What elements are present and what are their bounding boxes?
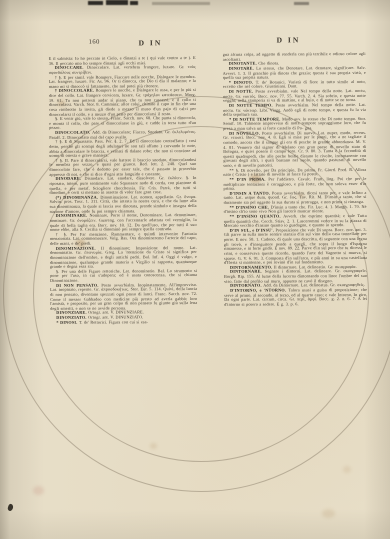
entry-headword: DINOCCOLATO. xyxy=(55,130,92,135)
printed-area: 160 D IN D IN E il salmista: Io ho pecca… xyxy=(0,0,390,539)
dictionary-entry: D'IN SUL, e D'INSU'. Preposizione che va… xyxy=(224,228,367,266)
entry-headword: DINOMINARE. xyxy=(56,213,90,218)
entry-headword: D'IN SUL, e D'INSU'. xyxy=(230,227,276,232)
entry-headword: * DI NOTTE TEMPORE. xyxy=(229,116,282,121)
page-number: 160 xyxy=(89,39,100,46)
entry-headword: DI NOTTE TEMPO. xyxy=(229,102,275,107)
dictionary-entry: D'INTORNO, e 'NTORNO. Talora usasi a gui… xyxy=(224,288,367,307)
dictionary-entry: (*) DINOMINANZA. Dinominazione. Lat. nom… xyxy=(50,195,197,214)
dictionary-entry: DINOMINAZIONE. Il dinominare; Imposizion… xyxy=(50,246,197,270)
dictionary-entry: DINODARE. Disnodare. Lat. enodare, disso… xyxy=(49,176,196,195)
dictionary-entry: DINOMINARE. Nominare, Porre il nome, Den… xyxy=(50,213,197,232)
entry-headword: DINTORNARE. xyxy=(230,269,265,274)
running-head-left: D IN xyxy=(139,38,163,47)
entry-headword: DINOTARE. xyxy=(229,65,257,70)
dictionary-entry: DI NOVELLO. Posto avverbialm. Di nuovo. … xyxy=(223,131,366,169)
dictionary-entry: † §. E di Squassato. Pass. Per. §. 2. 7.… xyxy=(49,139,196,158)
entry-headword: DINOMINAZIONE. xyxy=(56,245,101,250)
entry-headword: ** D'IN PRIMA. xyxy=(229,176,268,181)
paper-background: 160 D IN D IN E il salmista: Io ho pecca… xyxy=(0,0,390,539)
entry-headword: * DINOTO. xyxy=(229,79,256,84)
entry-headword: D'INSIN A TANTO. xyxy=(230,190,273,195)
entry-headword: DI NON PENSATO. xyxy=(56,282,101,287)
scanned-book-page: { "page": { "number": "160", "running_he… xyxy=(0,0,390,539)
dictionary-entry: † §. II. Pare il dinoccolarsi, vale batt… xyxy=(49,158,196,177)
entry-headword: DI NOVELLO. xyxy=(229,130,262,135)
dictionary-column-left: E il salmista: Io ho peccato in Cielo, e… xyxy=(49,56,198,325)
entry-headword: DINOCCARE. xyxy=(55,65,87,70)
entry-headword: DINODARE. xyxy=(55,176,84,181)
dictionary-entry: † DINOCCOLARE. Rompere le nocche, e Disl… xyxy=(49,88,196,117)
dictionary-entry: DI NON PENSATO. Posto avverbialm. Inopin… xyxy=(50,283,197,312)
entry-headword: ** D'INSINO CHE. xyxy=(230,204,271,209)
entry-headword: † DINOCCOLARE. xyxy=(55,88,96,93)
entry-headword: ** D'INSINO QUANTO. xyxy=(230,213,284,218)
running-head-right: D IN xyxy=(277,35,301,44)
entry-headword: DI NOTTE. xyxy=(229,89,256,94)
dictionary-column-right: gna alcuna colpa, ad oggetto di renderla… xyxy=(223,52,368,307)
entry-headword: (*) DINOMINANZA. xyxy=(56,194,101,199)
entry-headword: * DINOSI. xyxy=(56,319,79,324)
entry-headword: D'INTORNO, e 'NTORNO. xyxy=(230,287,288,292)
dictionary-entry: * DINOSI. T. de' Rettorici. Figura con c… xyxy=(50,320,197,326)
